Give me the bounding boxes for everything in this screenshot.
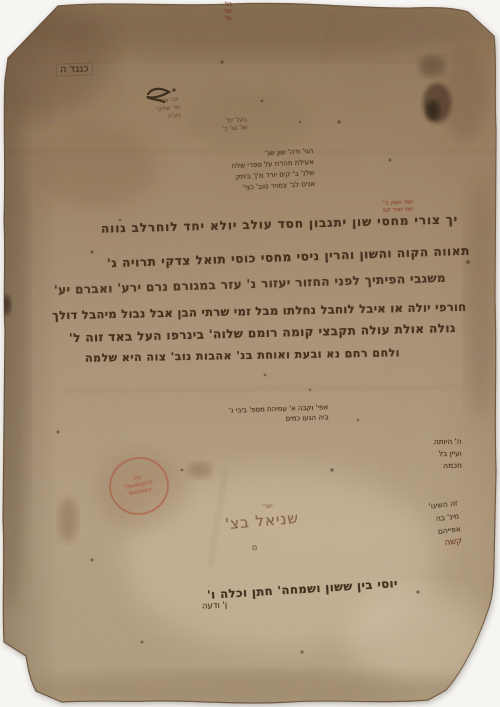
signature-tiny-note: ישר' bbox=[262, 503, 273, 510]
upper-small-cluster: וכו' של' ומ' שליט' בע'ה bbox=[154, 95, 181, 122]
right-note-lower: זה השיגו' מינ' בה אפייהם קשה bbox=[428, 496, 463, 551]
right-note-line: ועיין בל bbox=[434, 448, 462, 460]
red-gloss-line: ושני זוהר קם bbox=[383, 206, 413, 214]
red-gloss-note: יוסד השק כי' ושני זוהר קם bbox=[383, 199, 413, 213]
manuscript-photo: בנ' יפו' עז' כנגד ה וכו' של' ומ' שליט' ב… bbox=[0, 0, 500, 707]
tiny-note-line: בנ' bbox=[224, 1, 232, 8]
right-note-line: חכמה bbox=[434, 460, 462, 472]
tiny-note-line: יפו' bbox=[224, 8, 232, 15]
right-note-line: ה' היותה bbox=[434, 436, 462, 448]
mid-note: אפי' וקבה א' עמיהת מספ' ביבי נ' ביה הגעו… bbox=[228, 402, 328, 425]
bottom-inscription-sub: ן' ודעה bbox=[202, 600, 228, 611]
upper-mid-note: בעז' ית' שו' טו' כ' bbox=[221, 115, 247, 133]
top-center-tiny-note: בנ' יפו' עז' bbox=[224, 1, 232, 22]
quatrain-block: הגי' ודה' שון שג' אעילת מהרת על ספרי שלח… bbox=[231, 146, 315, 194]
signature-mark: ם bbox=[252, 543, 257, 552]
right-note-upper: ה' היותה ועיין בל חכמה bbox=[434, 436, 462, 472]
top-left-label: כנגד ה bbox=[56, 62, 93, 76]
tiny-note-line: עז' bbox=[224, 15, 232, 22]
